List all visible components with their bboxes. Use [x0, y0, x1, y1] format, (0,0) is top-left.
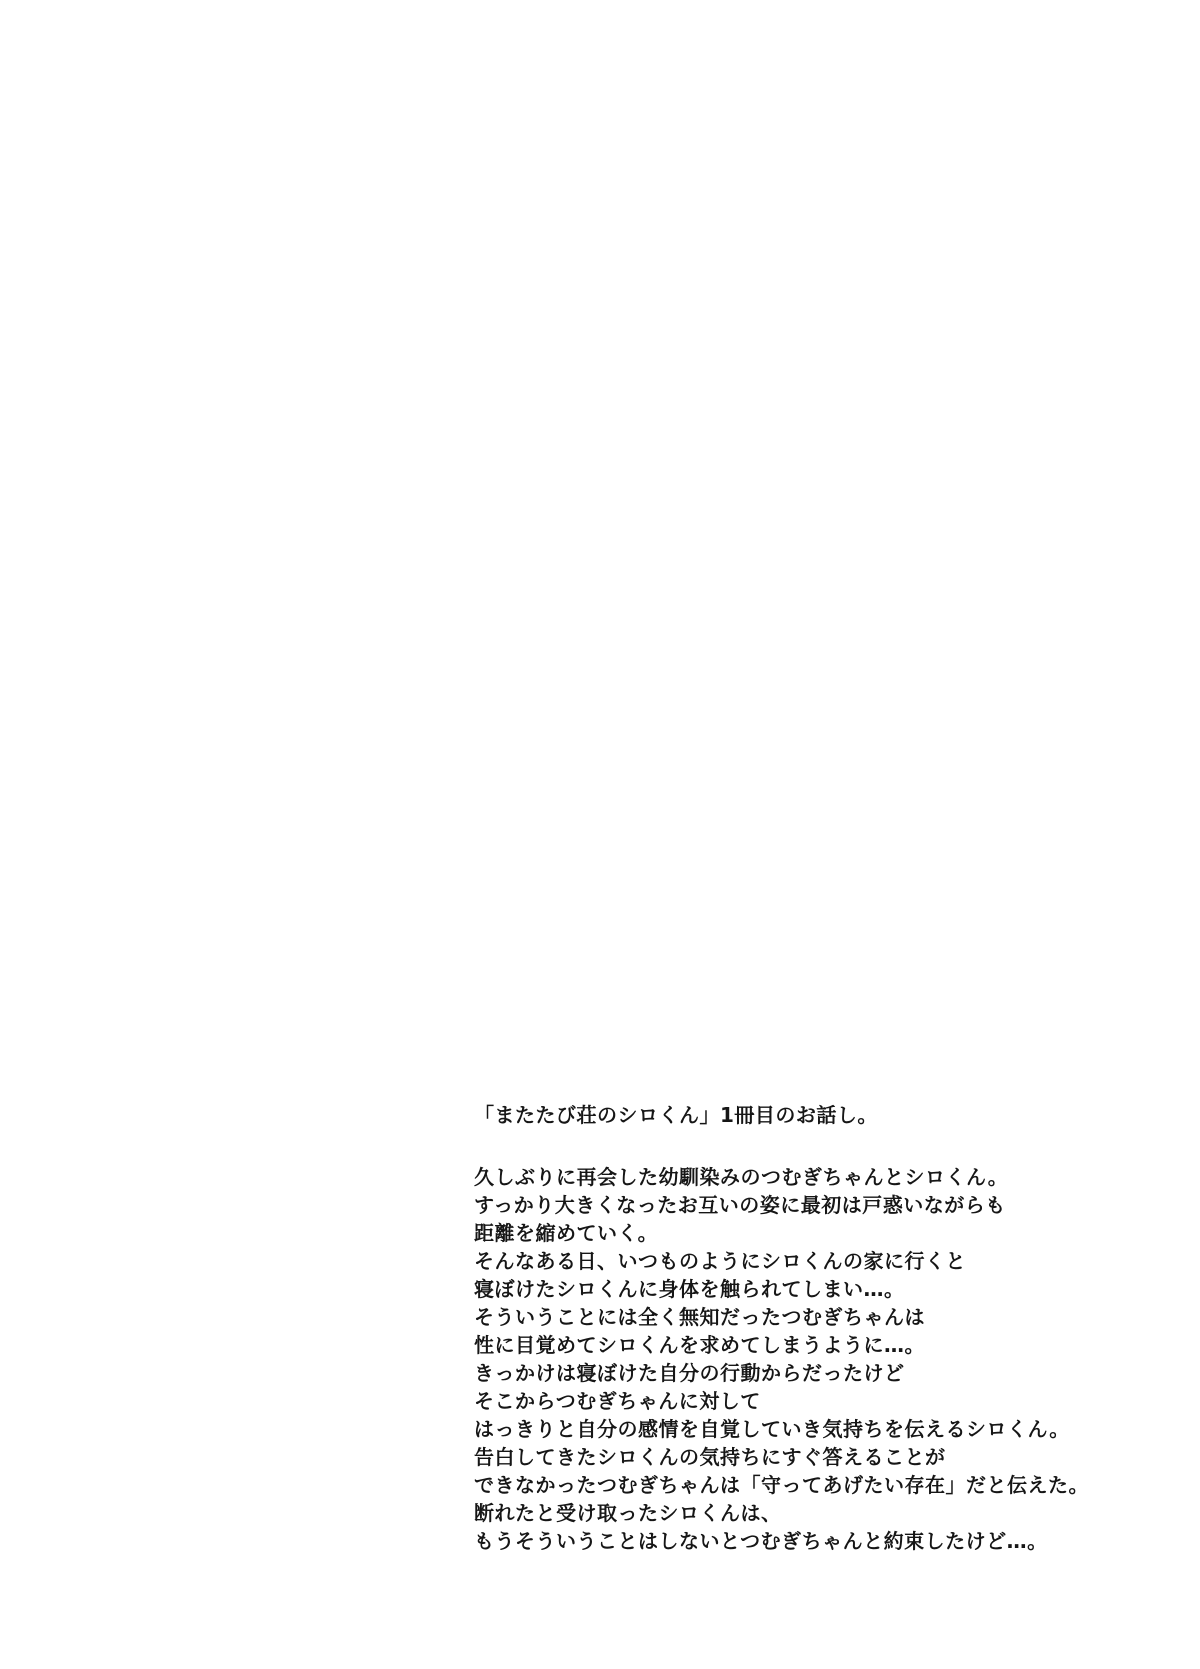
synopsis-line: もうそういうことはしないとつむぎちゃんと約束したけど…。 — [474, 1527, 1114, 1555]
synopsis-line: はっきりと自分の感情を自覚していき気持ちを伝えるシロくん。 — [474, 1415, 1114, 1443]
synopsis-line: そんなある日、いつものようにシロくんの家に行くと — [474, 1247, 1114, 1275]
book-title-line: 「またたび荘のシロくん」1冊目のお話し。 — [474, 1101, 1114, 1129]
synopsis-line: 告白してきたシロくんの気持ちにすぐ答えることが — [474, 1443, 1114, 1471]
synopsis-line: できなかったつむぎちゃんは「守ってあげたい存在」だと伝えた。 — [474, 1471, 1114, 1499]
synopsis-line: そこからつむぎちゃんに対して — [474, 1387, 1114, 1415]
synopsis-line: 距離を縮めていく。 — [474, 1219, 1114, 1247]
synopsis-text-block: 「またたび荘のシロくん」1冊目のお話し。 久しぶりに再会した幼馴染みのつむぎちゃ… — [474, 1101, 1114, 1555]
synopsis-line: 断れたと受け取ったシロくんは、 — [474, 1499, 1114, 1527]
synopsis-line: すっかり大きくなったお互いの姿に最初は戸惑いながらも — [474, 1191, 1114, 1219]
synopsis-line: 寝ぼけたシロくんに身体を触られてしまい…。 — [474, 1275, 1114, 1303]
doujin-synopsis-page: 「またたび荘のシロくん」1冊目のお話し。 久しぶりに再会した幼馴染みのつむぎちゃ… — [0, 0, 1200, 1669]
synopsis-line: きっかけは寝ぼけた自分の行動からだったけど — [474, 1359, 1114, 1387]
synopsis-line: 性に目覚めてシロくんを求めてしまうように…。 — [474, 1331, 1114, 1359]
blank-line — [474, 1129, 1114, 1163]
synopsis-line: そういうことには全く無知だったつむぎちゃんは — [474, 1303, 1114, 1331]
synopsis-line: 久しぶりに再会した幼馴染みのつむぎちゃんとシロくん。 — [474, 1163, 1114, 1191]
